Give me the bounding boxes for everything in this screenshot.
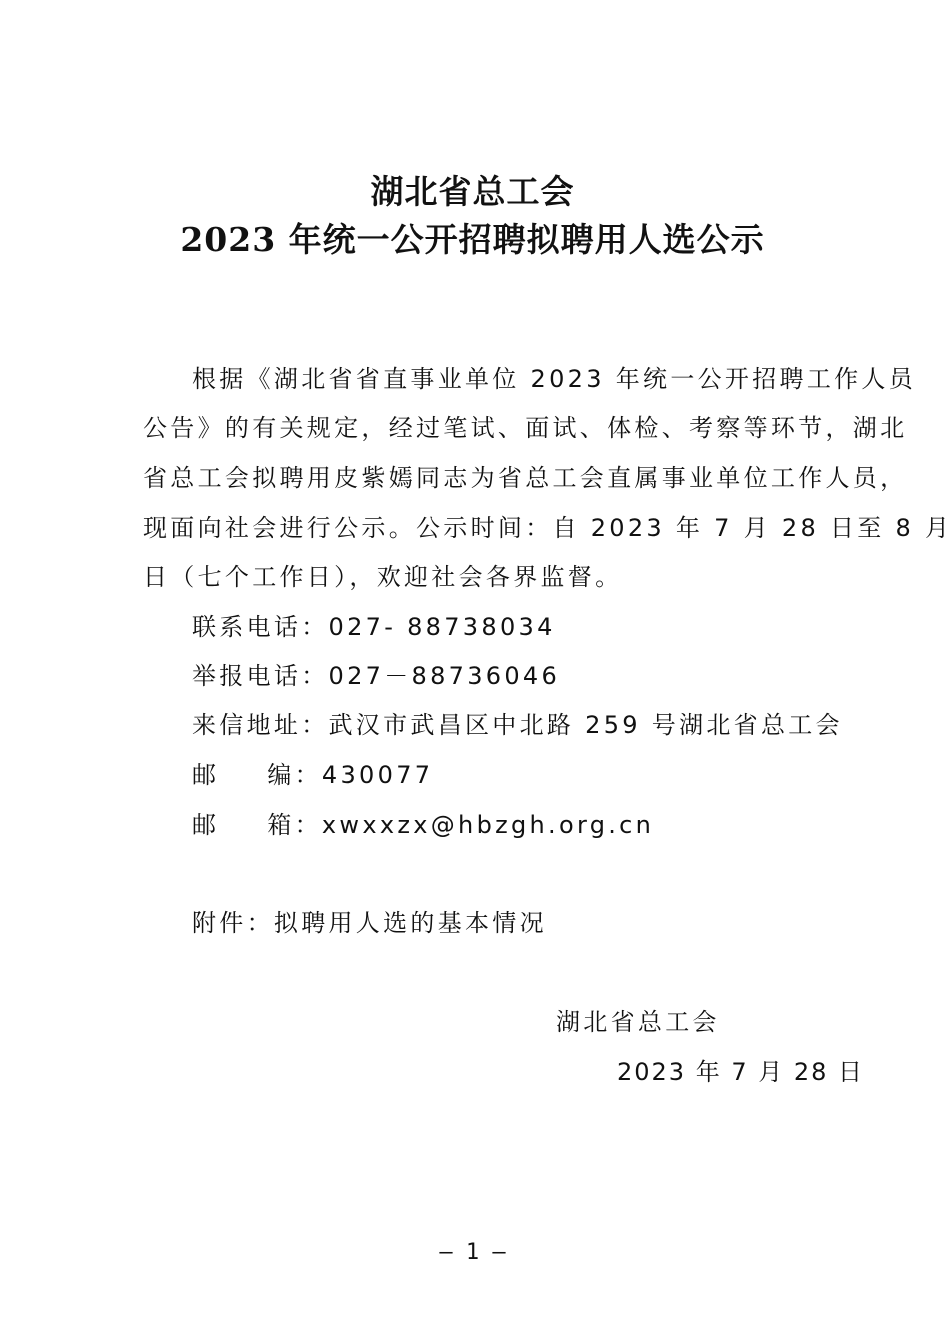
email-label-a: 邮 [192,811,219,839]
postcode-value: 430077 [322,761,433,789]
email-label-b: 箱： [267,811,322,839]
postcode-label-b: 编： [267,761,322,789]
report-phone: 举报电话：027－88736046 [192,661,560,691]
body-line-3: 省总工会拟聘用皮紫嫣同志为省总工会直属事业单位工作人员， [143,463,907,493]
report-phone-label: 举报电话： [192,662,329,690]
mail-address-label: 来信地址： [192,711,329,739]
page-number: — 1 — [0,1240,945,1265]
signature-org: 湖北省总工会 [556,1007,720,1037]
postcode-label-a: 邮 [192,761,219,789]
report-phone-value: 027－88736046 [329,662,561,690]
mail-address-value: 武汉市武昌区中北路 259 号湖北省总工会 [329,711,843,739]
body-line-5: 日（七个工作日），欢迎社会各界监督。 [143,562,622,592]
mail-address: 来信地址：武汉市武昌区中北路 259 号湖北省总工会 [192,710,843,740]
body-line-4: 现面向社会进行公示。公示时间：自 2023 年 7 月 28 日至 8 月 7 [143,513,945,543]
title-line-2: 2023 年统一公开招聘拟聘用人选公示 [0,214,945,261]
email: 邮箱：xwxxzx@hbzgh.org.cn [192,810,654,840]
signature-date: 2023 年 7 月 28 日 [617,1057,864,1087]
email-value: xwxxzx@hbzgh.org.cn [322,811,654,839]
contact-phone-value: 027- 88738034 [329,613,556,641]
title-line-1: 湖北省总工会 [0,166,945,213]
contact-phone-label: 联系电话： [192,613,329,641]
body-line-1: 根据《湖北省省直事业单位 2023 年统一公开招聘工作人员 [192,364,916,394]
postcode: 邮编：430077 [192,760,433,790]
attachment-note: 附件：拟聘用人选的基本情况 [192,908,547,938]
contact-phone: 联系电话：027- 88738034 [192,612,556,642]
body-line-2: 公告》的有关规定，经过笔试、面试、体检、考察等环节，湖北 [143,413,907,443]
